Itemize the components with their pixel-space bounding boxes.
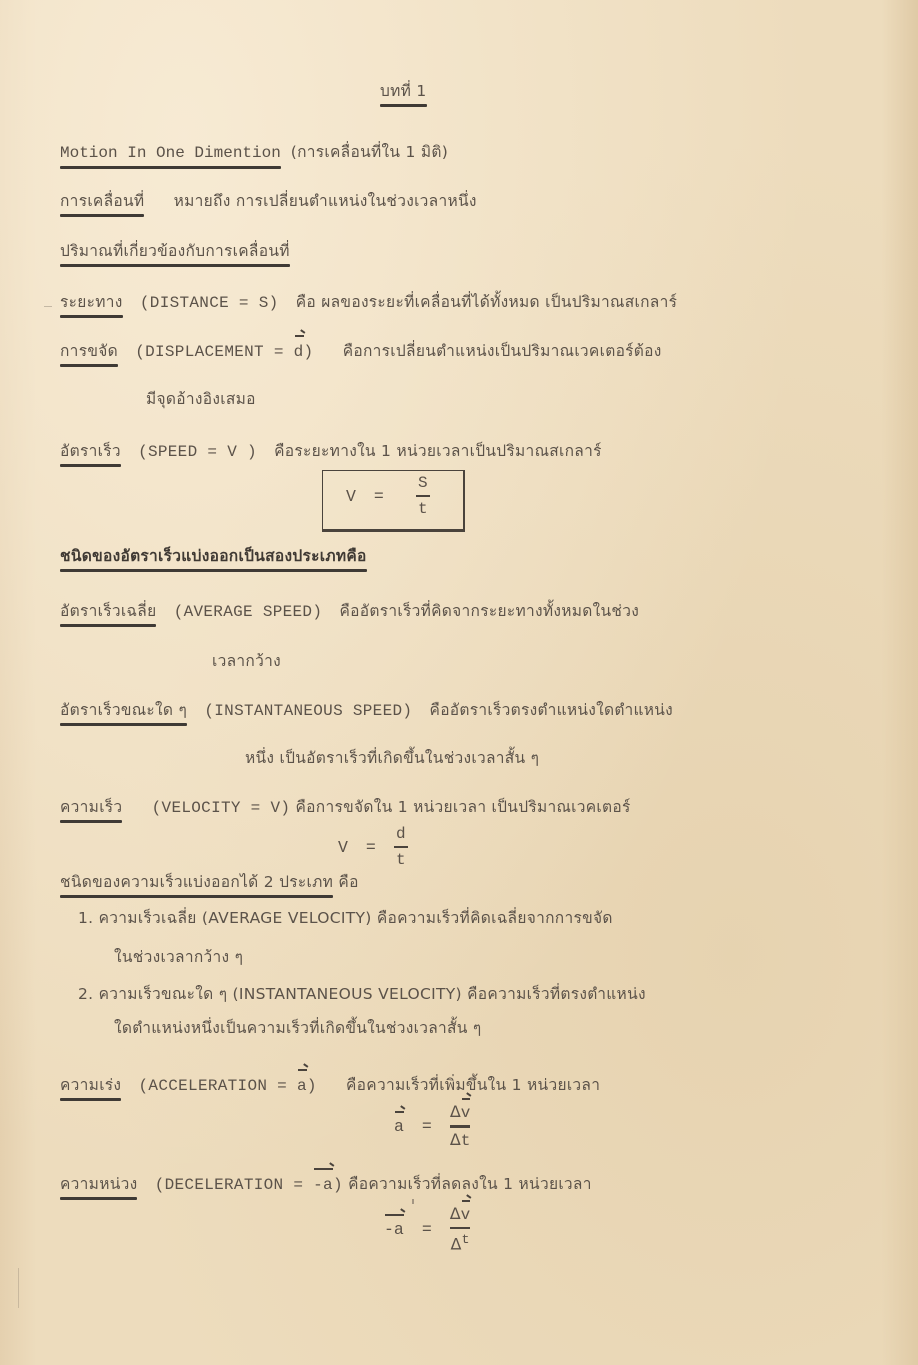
acceleration-definition-text: คือความเร็วที่เพิ่มขึ้นใน 1 หน่วยเวลา — [346, 1076, 600, 1094]
instantaneous-speed-definition-text: คืออัตราเร็วตรงตำแหน่งใดตำแหน่ง — [430, 701, 673, 719]
displacement-definition: การขจัด (DISPLACEMENT = d) คือการเปลี่ยน… — [60, 340, 662, 363]
acceleration-term: ความเร่ง — [60, 1074, 121, 1096]
speed-symbol: (SPEED = V ) — [138, 443, 257, 461]
motion-heading-thai: (การเคลื่อนที่ใน 1 มิติ) — [291, 143, 448, 161]
paper-mark — [412, 1199, 414, 1204]
paper-mark — [44, 306, 52, 307]
velocity-formula: V = d t — [338, 825, 408, 869]
instantaneous-speed-definition: อัตราเร็วขณะใด ๆ (INSTANTANEOUS SPEED) ค… — [60, 699, 673, 722]
deceleration-term: ความหน่วง — [60, 1173, 137, 1195]
distance-symbol: (DISTANCE = S) — [140, 294, 279, 312]
speed-formula: V = S t — [346, 474, 430, 518]
speed-definition-text: คือระยะทางใน 1 หน่วยเวลาเป็นปริมาณสเกลาร… — [274, 442, 602, 460]
velocity-type-item-2-cont: ใดตำแหน่งหนึ่งเป็นความเร็วที่เกิดขึ้นในช… — [114, 1017, 482, 1039]
velocity-type-item-2: 2. ความเร็วขณะใด ๆ (INSTANTANEOUS VELOCI… — [78, 983, 646, 1005]
velocity-type-item-1-cont: ในช่วงเวลากว้าง ๆ — [114, 946, 243, 968]
deceleration-fraction: Δv Δt — [450, 1205, 471, 1254]
motion-definition: การเคลื่อนที่ หมายถึง การเปลี่ยนตำแหน่งใ… — [60, 190, 477, 212]
velocity-type-item-1: 1. ความเร็วเฉลี่ย (AVERAGE VELOCITY) คือ… — [78, 907, 613, 929]
document-page: บทที่ 1 Motion In One Dimention (การเคลื… — [0, 0, 918, 1365]
acceleration-fraction: Δv Δt — [450, 1103, 471, 1150]
average-speed-symbol: (AVERAGE SPEED) — [174, 603, 323, 621]
acceleration-definition: ความเร่ง (ACCELERATION = a) คือความเร็วท… — [60, 1074, 600, 1097]
distance-definition-text: คือ ผลของระยะที่เคลื่อนที่ได้ทั้งหมด เป็… — [296, 293, 677, 311]
paper-mark — [18, 1268, 19, 1308]
average-speed-term: อัตราเร็วเฉลี่ย — [60, 600, 156, 622]
speed-term: อัตราเร็ว — [60, 440, 121, 462]
acceleration-symbol: (ACCELERATION = a) — [139, 1077, 317, 1095]
distance-definition: ระยะทาง (DISTANCE = S) คือ ผลของระยะที่เ… — [60, 291, 677, 314]
instantaneous-speed-definition-cont: หนึ่ง เป็นอัตราเร็วที่เกิดขึ้นในช่วงเวลา… — [245, 747, 539, 769]
related-quantities-heading: ปริมาณที่เกี่ยวข้องกับการเคลื่อนที่ — [60, 240, 290, 262]
average-speed-definition-cont: เวลากว้าง — [212, 650, 281, 672]
vector-a: a — [297, 1075, 307, 1097]
deceleration-symbol: (DECELERATION = -a) — [155, 1176, 343, 1194]
displacement-symbol: (DISPLACEMENT = d) — [135, 343, 313, 361]
motion-heading-english: Motion In One Dimention — [60, 142, 281, 164]
velocity-term: ความเร็ว — [60, 796, 122, 818]
instantaneous-speed-symbol: (INSTANTANEOUS SPEED) — [204, 702, 412, 720]
vector-d: d — [294, 341, 304, 363]
deceleration-definition: ความหน่วง (DECELERATION = -a) คือความเร็… — [60, 1173, 592, 1196]
average-speed-definition: อัตราเร็วเฉลี่ย (AVERAGE SPEED) คืออัตรา… — [60, 600, 639, 623]
vector-neg-a: -a — [313, 1174, 333, 1196]
speed-definition: อัตราเร็ว (SPEED = V ) คือระยะทางใน 1 หน… — [60, 440, 602, 463]
velocity-symbol: (VELOCITY = V) — [152, 799, 291, 817]
distance-term: ระยะทาง — [60, 291, 123, 313]
deceleration-formula: -a = Δv Δt — [384, 1205, 470, 1254]
motion-term: การเคลื่อนที่ — [60, 190, 144, 212]
motion-heading: Motion In One Dimention (การเคลื่อนที่ใน… — [60, 141, 448, 164]
displacement-definition-text: คือการเปลี่ยนตำแหน่งเป็นปริมาณเวคเตอร์ต้… — [343, 342, 662, 360]
speed-types-heading: ชนิดของอัตราเร็วแบ่งออกเป็นสองประเภทคือ — [60, 545, 367, 567]
displacement-definition-cont: มีจุดอ้างอิงเสมอ — [146, 388, 256, 410]
instantaneous-speed-term: อัตราเร็วขณะใด ๆ — [60, 699, 187, 721]
acceleration-formula: a = Δv Δt — [394, 1103, 470, 1150]
speed-fraction: S t — [416, 474, 430, 518]
motion-definition-text: หมายถึง การเปลี่ยนตำแหน่งในช่วงเวลาหนึ่ง — [174, 192, 477, 210]
velocity-types-heading: ชนิดของความเร็วแบ่งออกได้ 2 ประเภท คือ — [60, 871, 359, 893]
average-speed-definition-text: คืออัตราเร็วที่คิดจากระยะทางทั้งหมดในช่ว… — [339, 602, 639, 620]
velocity-definition: ความเร็ว (VELOCITY = V) คือการขจัดใน 1 ห… — [60, 796, 631, 819]
velocity-definition-text: คือการขจัดใน 1 หน่วยเวลา เป็นปริมาณเวคเต… — [296, 798, 631, 816]
chapter-title: บทที่ 1 — [380, 80, 427, 102]
velocity-fraction: d t — [394, 825, 408, 869]
deceleration-definition-text: คือความเร็วที่ลดลงใน 1 หน่วยเวลา — [348, 1175, 592, 1193]
displacement-term: การขจัด — [60, 340, 118, 362]
